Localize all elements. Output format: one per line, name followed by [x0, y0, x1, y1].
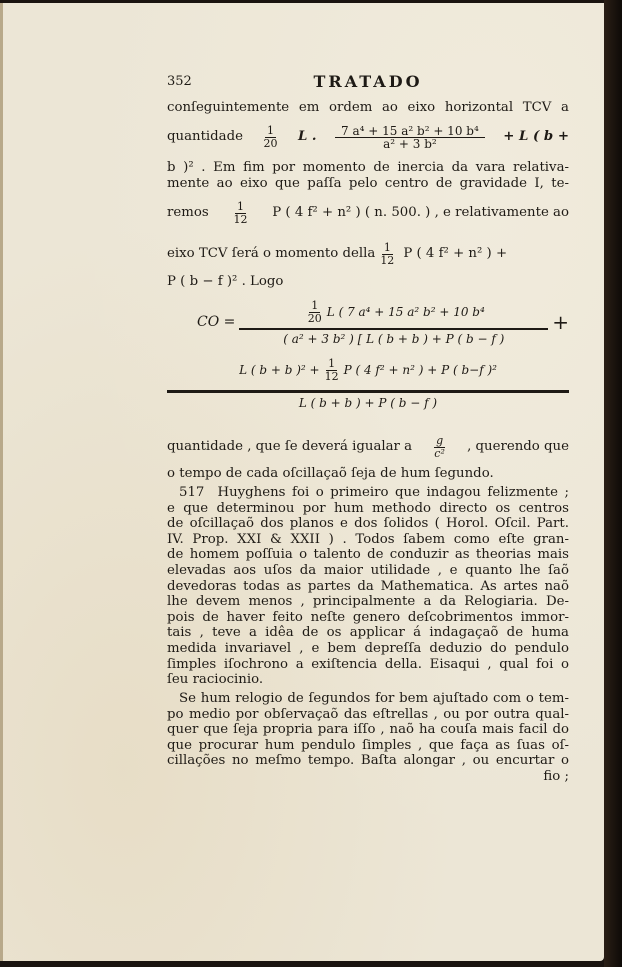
formula-text: L ( b + b )² + [239, 363, 320, 377]
text-line: ſimples iſochrono a exiſtencia della. Ei… [167, 657, 569, 673]
formula-line-eixo: eixo TCV ſerá o momento della 1 12 P ( 4… [167, 237, 569, 271]
formula-line-igualar: quantidade , que ſe deverá igualar a g c… [167, 432, 569, 462]
fraction-numerator: L ( b + b )² + 1 12 P ( 4 f² + n² ) + P … [239, 354, 497, 386]
text-fragment: remos [167, 205, 209, 221]
fraction-denominator: a² + 3 b² [381, 138, 439, 150]
text-fragment: + L ( b + [503, 129, 569, 145]
text-block-opening: conſeguintemente em ordem ao eixo horizo… [167, 100, 569, 116]
text-line: conſeguintemente em ordem ao eixo horizo… [167, 100, 569, 116]
text-line: P ( b − f )² . Logo [167, 274, 569, 290]
fraction-1-12: 1 12 [323, 358, 341, 383]
text-fragment: P ( 4 f² + n² ) ( n. 500. ) , e relativa… [272, 205, 569, 221]
page-edge-shadow [604, 0, 622, 967]
formula-lhs: CO = [197, 314, 235, 330]
fraction-1-12: 1 12 [231, 201, 249, 226]
text-line: po medio por obſervaçaõ das eſtrellas , … [167, 707, 569, 723]
fraction-denominator: 12 [231, 214, 249, 226]
text-line: 517 Huyghens foi o primeiro que indagou … [167, 485, 569, 501]
text-line: quer que ſeja propria para iſſo , naõ ha… [167, 722, 569, 738]
fraction-1-20: 1 20 [261, 125, 279, 150]
fraction-polynomial: 7 a⁴ + 15 a² b² + 10 b⁴ a² + 3 b² [335, 125, 485, 150]
text-line: de oſcillaçaõ dos planos e dos ſolidos (… [167, 516, 569, 532]
text-block-logo: P ( b − f )² . Logo [167, 274, 569, 290]
page-header: 352 TRATADO [167, 72, 569, 92]
text-line: IV. Prop. XXI & XXII ) . Todos ſabem com… [167, 532, 569, 548]
text-fragment: quantidade [167, 129, 243, 145]
text-line: b )² . Em fim por momento de inercia da … [167, 160, 569, 176]
formula-first-fraction: 1 20 L ( 7 a⁴ + 15 a² b² + 10 b⁴ ( a² + … [239, 296, 548, 348]
text-block-inertia: b )² . Em fim por momento de inercia da … [167, 160, 569, 191]
section-517: 517 Huyghens foi o primeiro que indagou … [167, 485, 569, 688]
text-fragment: P ( 4 f² + n² ) + [399, 246, 569, 262]
text-fragment: quantidade , que ſe deverá igualar a [167, 439, 412, 455]
text-line: cillações no meſmo tempo. Baſta alongar … [167, 753, 569, 769]
fraction-denominator: 12 [323, 371, 341, 383]
fraction-g-c2: g c² [432, 435, 447, 460]
fraction-numerator: 1 [235, 201, 246, 214]
fraction-numerator: 1 [382, 242, 393, 255]
text-line: medida invariavel , e bem depreſſa deduz… [167, 641, 569, 657]
text-line: mente ao eixo que paſſa pelo centro de g… [167, 176, 569, 192]
fraction-denominator: 12 [378, 255, 396, 267]
paragraph-relogio: Se hum relogio de ſegundos for bem ajuſt… [167, 691, 569, 785]
fraction-numerator: 1 [265, 125, 276, 138]
fraction-numerator: g [434, 435, 445, 448]
text-line: de homem poſſuia o talento de conduzir a… [167, 547, 569, 563]
plus-sign: + [552, 310, 569, 334]
text-line: ſeu raciocinio. [167, 672, 569, 688]
fraction-denominator: c² [432, 448, 447, 460]
text-line: o tempo de cada oſcillaçaõ ſeja de hum ſ… [167, 466, 569, 482]
text-line: e que determinou por hum methodo directo… [167, 501, 569, 517]
formula-text: L ( 7 a⁴ + 15 a² b² + 10 b⁴ [327, 305, 485, 319]
text-line: tais , teve a idêa de os applicar á inda… [167, 625, 569, 641]
text-fragment: eixo TCV ſerá o momento della [167, 246, 375, 262]
formula-line-quantity: quantidade 1 20 L . 7 a⁴ + 15 a² b² + 10… [167, 120, 569, 154]
fraction-1-12: 1 12 [378, 242, 396, 267]
text-fragment: , querendo que [467, 439, 569, 455]
text-line: elevadas aos uſos da maior utilidade , e… [167, 563, 569, 579]
fraction-denominator: ( a² + 3 b² ) [ L ( b + b ) + P ( b − f … [283, 330, 504, 348]
catchword: fio ; [167, 769, 569, 785]
fraction-denominator: 20 [306, 313, 324, 325]
text-block-segundo: o tempo de cada oſcillaçaõ ſeja de hum ſ… [167, 466, 569, 482]
text-line: Se hum relogio de ſegundos for bem ajuſt… [167, 691, 569, 707]
fraction-denominator: 20 [261, 138, 279, 150]
formula-second-fraction: L ( b + b )² + 1 12 P ( 4 f² + n² ) + P … [167, 354, 569, 413]
text-line: devedoras todas as partes da Mathematica… [167, 579, 569, 595]
formula-line-remos: remos 1 12 P ( 4 f² + n² ) ( n. 500. ) ,… [167, 196, 569, 230]
fraction-numerator: 1 [326, 358, 337, 371]
fraction-numerator: 1 20 L ( 7 a⁴ + 15 a² b² + 10 b⁴ [303, 296, 485, 328]
fraction-numerator: 1 [309, 300, 320, 313]
running-head: TRATADO [167, 72, 569, 91]
text-fragment: Huyghens foi o primeiro que indagou feli… [217, 485, 569, 500]
formula-text: P ( 4 f² + n² ) + P ( b−f )² [344, 363, 497, 377]
fraction-numerator: 7 a⁴ + 15 a² b² + 10 b⁴ [335, 125, 485, 138]
section-number: 517 [179, 485, 204, 500]
text-line: pois de haver feito neſte genero deſcobr… [167, 610, 569, 626]
fraction-denominator: L ( b + b ) + P ( b − f ) [299, 393, 437, 413]
fraction-1-20: 1 20 [306, 300, 324, 325]
math-L: L . [298, 129, 317, 145]
text-line: lhe devem menos , principalmente a da Re… [167, 594, 569, 610]
text-line: que procurar hum pendulo ſimples , que f… [167, 738, 569, 754]
formula-CO: CO = 1 20 L ( 7 a⁴ + 15 a² b² + 10 b⁴ ( … [167, 296, 569, 413]
